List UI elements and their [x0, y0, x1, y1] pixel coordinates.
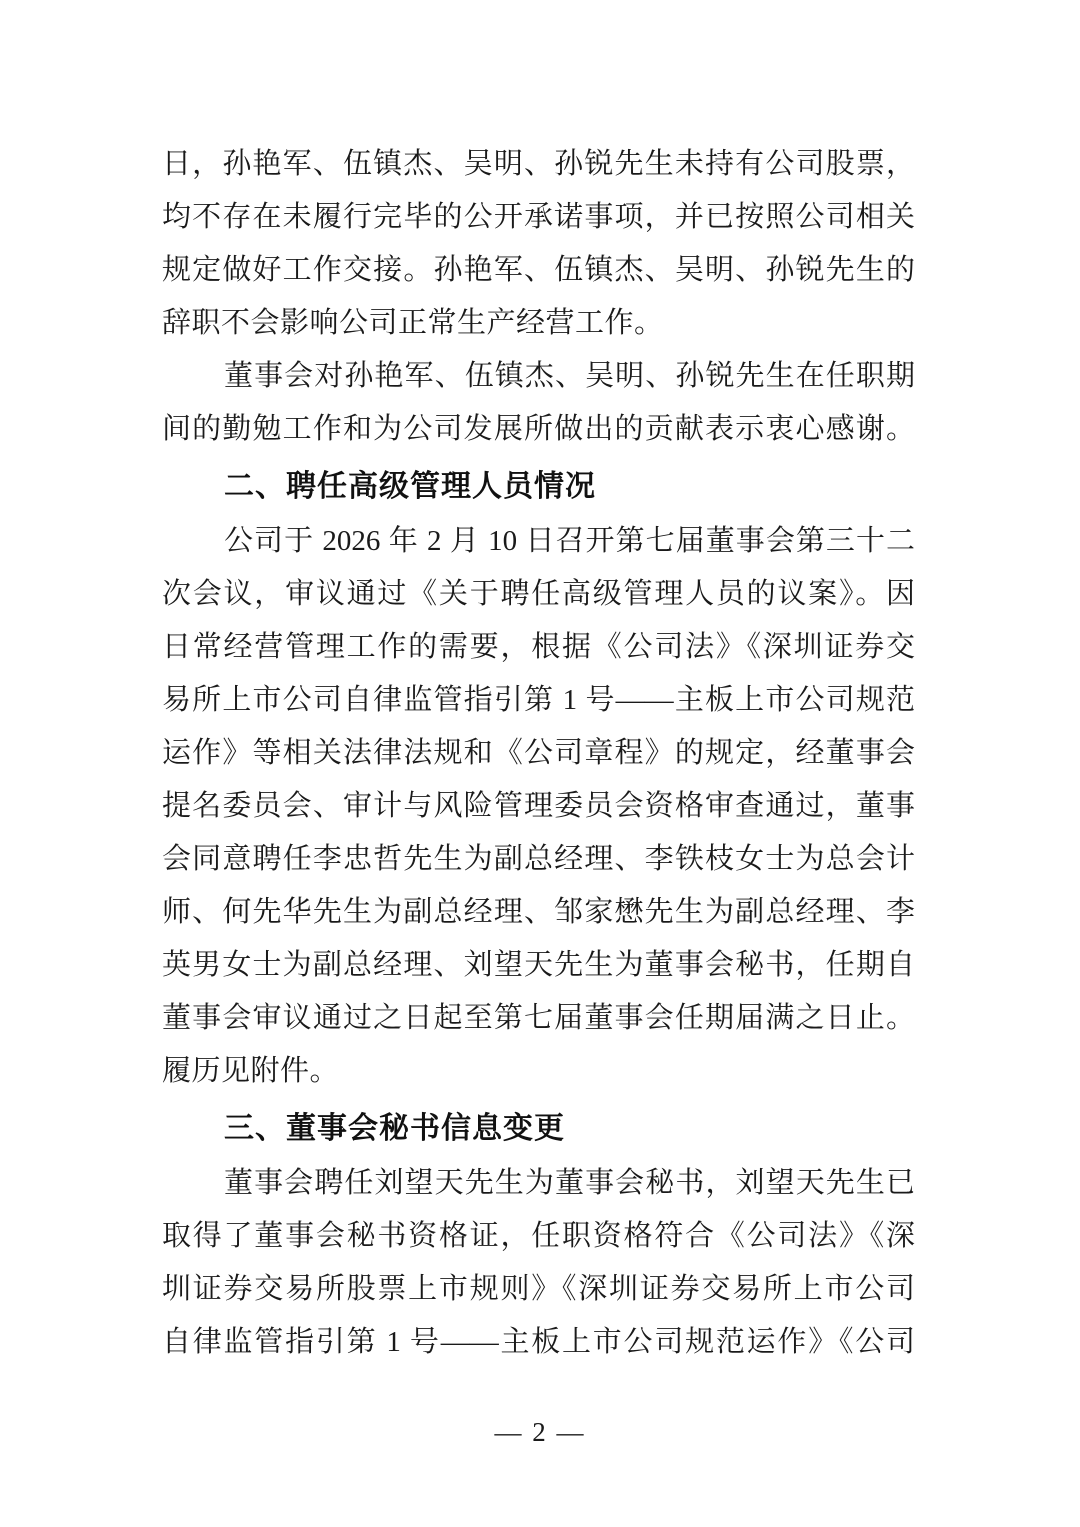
- text-line: 董事会对孙艳军、伍镇杰、吴明、孙锐先生在任职期: [162, 350, 915, 403]
- section-heading-2: 二、聘任高级管理人员情况: [162, 460, 915, 513]
- document-page: 日，孙艳军、伍镇杰、吴明、孙锐先生未持有公司股票，均不存在未履行完毕的公开承诺事…: [0, 0, 1080, 1527]
- text-line: 公司于 2026 年 2 月 10 日召开第七届董事会第三十二: [162, 515, 915, 568]
- text-line: 师、何先华先生为副总经理、邹家懋先生为副总经理、李: [162, 886, 915, 939]
- text-line: 易所上市公司自律监管指引第 1 号——主板上市公司规范: [162, 674, 915, 727]
- text-line: 运作》等相关法律法规和《公司章程》的规定，经董事会: [162, 727, 915, 780]
- text-line: 提名委员会、审计与风险管理委员会资格审查通过，董事: [162, 780, 915, 833]
- text-line: 董事会审议通过之日起至第七届董事会任期届满之日止。: [162, 992, 915, 1045]
- text-line: 规定做好工作交接。孙艳军、伍镇杰、吴明、孙锐先生的: [162, 244, 915, 297]
- text-line: 日，孙艳军、伍镇杰、吴明、孙锐先生未持有公司股票，: [162, 138, 915, 191]
- page-footer: — 2 —: [0, 1412, 1080, 1452]
- text-line: 董事会聘任刘望天先生为董事会秘书，刘望天先生已: [162, 1157, 915, 1210]
- section-heading-3: 三、董事会秘书信息变更: [162, 1102, 915, 1155]
- text-line: 圳证券交易所股票上市规则》《深圳证券交易所上市公司: [162, 1263, 915, 1316]
- text-line: 英男女士为副总经理、刘望天先生为董事会秘书，任期自: [162, 939, 915, 992]
- text-line: 取得了董事会秘书资格证，任职资格符合《公司法》《深: [162, 1210, 915, 1263]
- text-line: 均不存在未履行完毕的公开承诺事项，并已按照公司相关: [162, 191, 915, 244]
- text-line: 辞职不会影响公司正常生产经营工作。: [162, 297, 915, 350]
- text-line: 履历见附件。: [162, 1045, 915, 1098]
- text-line: 间的勤勉工作和为公司发展所做出的贡献表示衷心感谢。: [162, 403, 915, 456]
- text-line: 日常经营管理工作的需要，根据《公司法》《深圳证券交: [162, 621, 915, 674]
- text-line: 会同意聘任李忠哲先生为副总经理、李铁枝女士为总会计: [162, 833, 915, 886]
- document-body: 日，孙艳军、伍镇杰、吴明、孙锐先生未持有公司股票，均不存在未履行完毕的公开承诺事…: [162, 138, 915, 1369]
- text-line: 自律监管指引第 1 号——主板上市公司规范运作》《公司: [162, 1316, 915, 1369]
- page-number: — 2 —: [495, 1417, 586, 1447]
- text-line: 次会议，审议通过《关于聘任高级管理人员的议案》。因: [162, 568, 915, 621]
